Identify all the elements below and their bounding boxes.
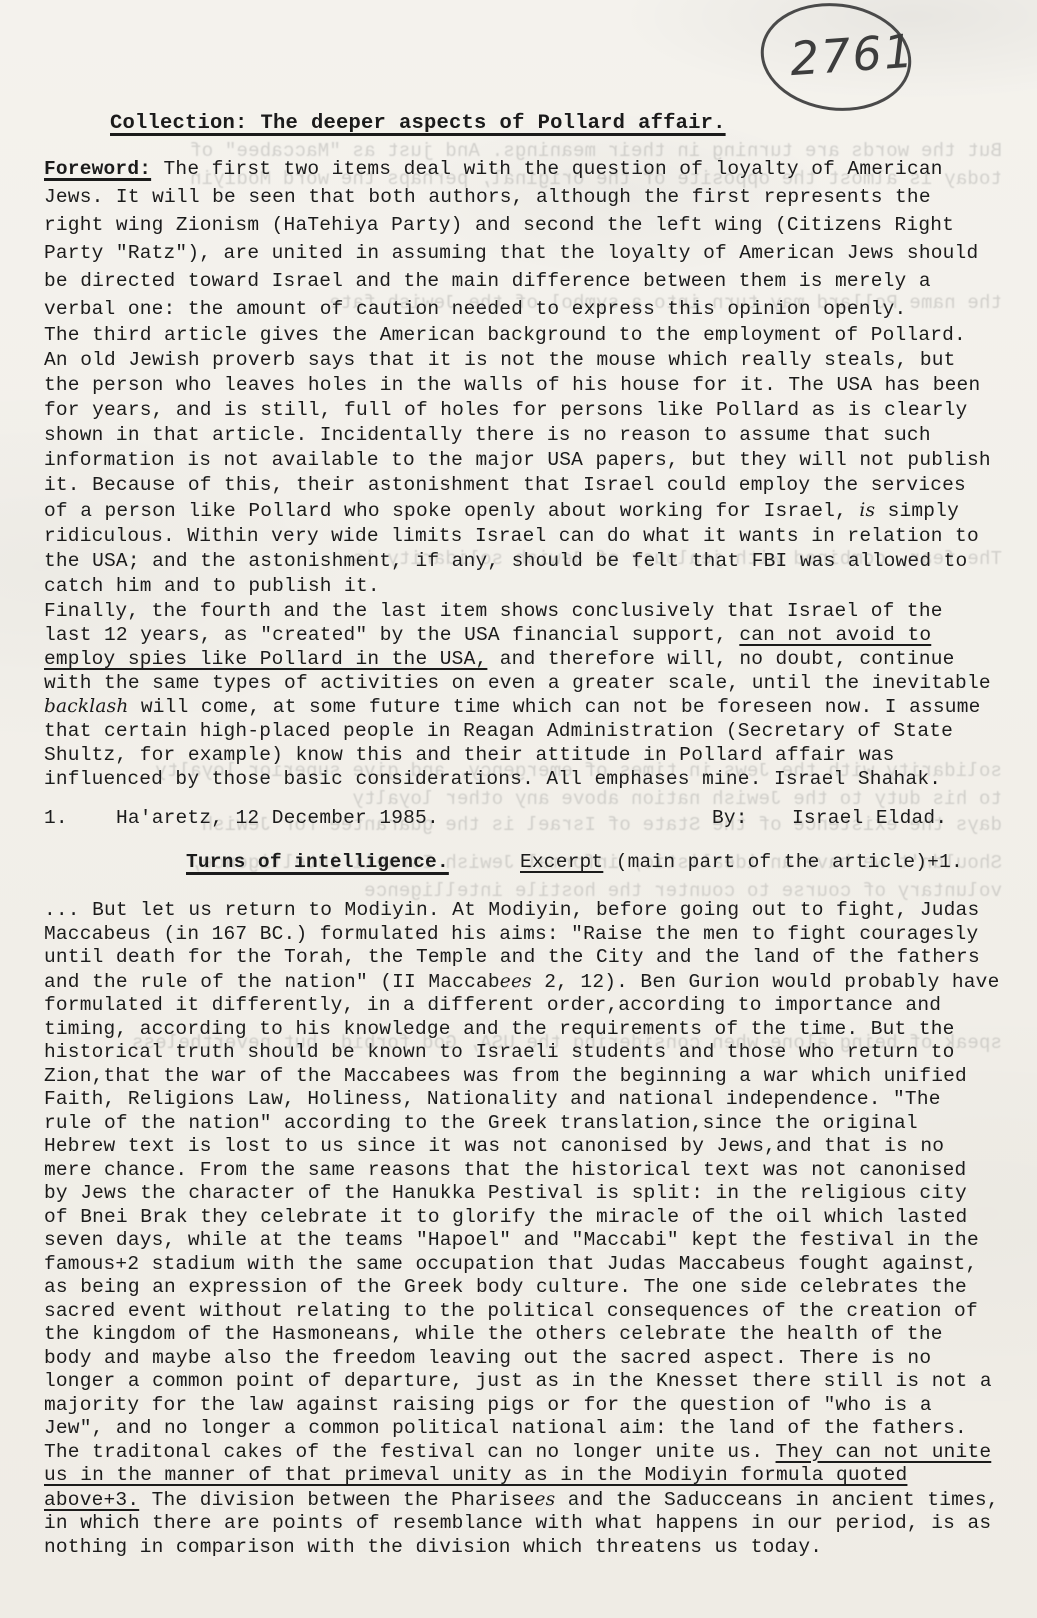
excerpt-note: Excerpt (main part of the article)+1. xyxy=(520,851,963,873)
paragraph-third-article: The third article gives the American bac… xyxy=(44,323,1000,599)
closing-paragraph: The traditonal cakes of the festival can… xyxy=(44,1441,1000,1560)
article-body-paragraph: ... But let us return to Modiyin. At Mod… xyxy=(44,899,1000,1441)
source-number: 1. xyxy=(44,807,68,829)
body-text: 2, 12). Ben Gurion would probably have f… xyxy=(44,971,1000,1440)
page-number-stamp: 2761 xyxy=(748,0,923,120)
handwritten-word: ees xyxy=(500,971,532,992)
source-line: 1. Ha'aretz, 12 December 1985. By: Israe… xyxy=(44,807,1000,833)
handwritten-word: backlash xyxy=(44,696,128,717)
foreword-paragraph: Foreword: The first two items deal with … xyxy=(44,155,1000,323)
paragraph-finally: Finally, the fourth and the last item sh… xyxy=(44,599,1000,791)
article-body: ... But let us return to Modiyin. At Mod… xyxy=(44,899,1000,1559)
handwritten-word: es xyxy=(534,1489,555,1510)
byline-author: Israel Eldad. xyxy=(792,807,947,829)
document-title: Collection: The deeper aspects of Pollar… xyxy=(110,112,1000,135)
excerpt-rest: (main part of the article)+1. xyxy=(603,851,963,873)
excerpt-label: Excerpt xyxy=(520,851,603,873)
body-text: The traditonal cakes of the festival can… xyxy=(44,1441,776,1463)
body-text: The division between the Pharise xyxy=(139,1489,534,1511)
article-title: Turns of intelligence. xyxy=(186,851,449,873)
stamp-number: 2761 xyxy=(788,24,917,87)
source-citation: Ha'aretz, 12 December 1985. xyxy=(116,807,439,829)
foreword-label: Foreword: xyxy=(44,158,151,180)
finally-text: will come, at some future time which can… xyxy=(44,696,981,790)
foreword-text: The first two items deal with the questi… xyxy=(44,158,978,320)
third-article-text: The third article gives the American bac… xyxy=(44,324,991,522)
article-heading: Turns of intelligence. Excerpt (main par… xyxy=(44,851,1000,879)
scanned-document-page: But the words are turning in their meani… xyxy=(0,0,1037,1618)
document-content: Collection: The deeper aspects of Pollar… xyxy=(44,112,1000,1559)
handwritten-word: is xyxy=(859,500,875,521)
byline-label: By: xyxy=(712,807,748,829)
